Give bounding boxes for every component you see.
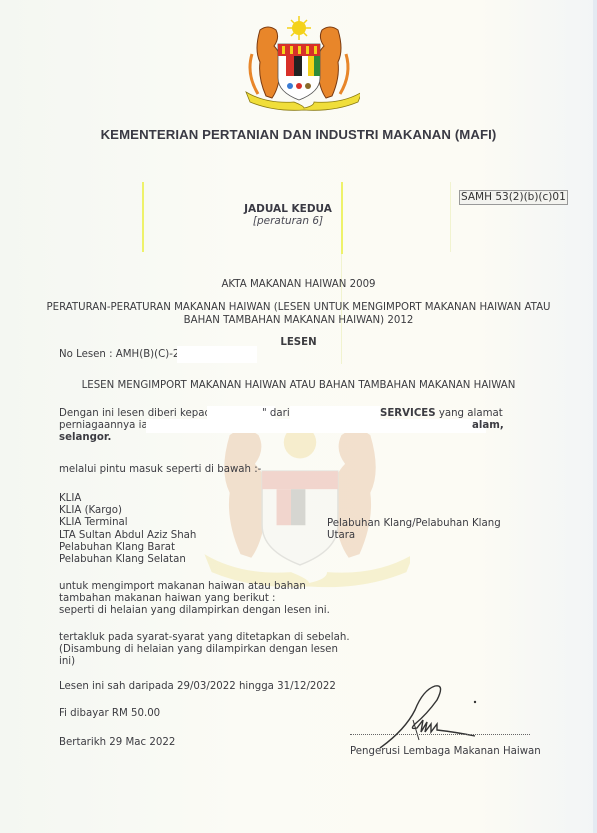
entry-point: KLIA (Kargo) [59, 505, 196, 517]
entry-point: Pelabuhan Klang Selatan [59, 554, 196, 566]
entry-point: LTA Sultan Abdul Aziz Shah [59, 530, 196, 542]
licence-type: LESEN MENGIMPORT MAKANAN HAIWAN ATAU BAH… [0, 380, 597, 391]
ministry-name: KEMENTERIAN PERTANIAN DAN INDUSTRI MAKAN… [0, 127, 597, 142]
signature-icon [375, 680, 495, 750]
purpose-line: untuk mengimport makanan haiwan atau bah… [59, 581, 330, 593]
scan-line [450, 182, 451, 252]
issue-date: Bertarikh 29 Mac 2022 [59, 737, 175, 749]
coat-of-arms-icon [238, 14, 360, 114]
purpose: untuk mengimport makanan haiwan atau bah… [59, 581, 330, 618]
entry-point: Utara [327, 530, 501, 542]
purpose-line: tambahan makanan haiwan yang berikut : [59, 593, 330, 605]
address-tail: alam, [472, 420, 504, 432]
licence-document: KEMENTERIAN PERTANIAN DAN INDUSTRI MAKAN… [0, 0, 597, 833]
entry-point: Pelabuhan Klang/Pelabuhan Klang [327, 518, 501, 530]
purpose-line: seperti di helaian yang dilampirkan deng… [59, 605, 330, 617]
redaction [290, 406, 380, 420]
entry-point: Pelabuhan Klang Barat [59, 542, 196, 554]
fee: Fi dibayar RM 50.00 [59, 708, 160, 720]
conditions-line: tertakluk pada syarat-syarat yang diteta… [59, 632, 350, 644]
licence-number: No Lesen : AMH(B)(C)-20: [59, 349, 189, 360]
regulation-line-2: BAHAN TAMBAHAN MAKANAN HAIWAN) 2012 [0, 315, 597, 326]
schedule-title: JADUAL KEDUA [168, 203, 408, 215]
company-suffix: SERVICES [380, 408, 436, 419]
regulation-line-1: PERATURAN-PERATURAN MAKANAN HAIWAN (LESE… [0, 302, 597, 313]
grant-prefix: Dengan ini lesen diberi kepada [59, 408, 220, 419]
conditions-line: (Disambung di helaian yang dilampirkan d… [59, 644, 350, 656]
scan-edge [593, 0, 597, 833]
entry-point: KLIA Terminal [59, 517, 196, 529]
validity: Lesen ini sah daripada 29/03/2022 hingga… [59, 681, 336, 693]
conditions: tertakluk pada syarat-syarat yang diteta… [59, 632, 350, 669]
form-code: SAMH 53(2)(b)(c)01 [459, 190, 568, 205]
redaction [146, 419, 486, 433]
redaction [177, 346, 257, 363]
signatory-title: Pengerusi Lembaga Makanan Haiwan [350, 746, 541, 758]
entry-points-intro: melalui pintu masuk seperti di bawah :- [59, 464, 261, 476]
grant-tail: yang alamat [436, 408, 503, 419]
entry-points-left: KLIA KLIA (Kargo) KLIA Terminal LTA Sult… [59, 493, 196, 566]
scan-line [142, 182, 144, 252]
entry-points-right: Pelabuhan Klang/Pelabuhan Klang Utara [327, 518, 501, 542]
address-state: selangor. [59, 432, 111, 444]
entry-point: KLIA [59, 493, 196, 505]
signature-line [350, 734, 530, 735]
conditions-line: ini) [59, 656, 350, 668]
licence-heading: LESEN [0, 337, 597, 348]
schedule-subtitle: [peraturan 6] [168, 215, 408, 227]
act-title: AKTA MAKANAN HAIWAN 2009 [0, 279, 597, 290]
